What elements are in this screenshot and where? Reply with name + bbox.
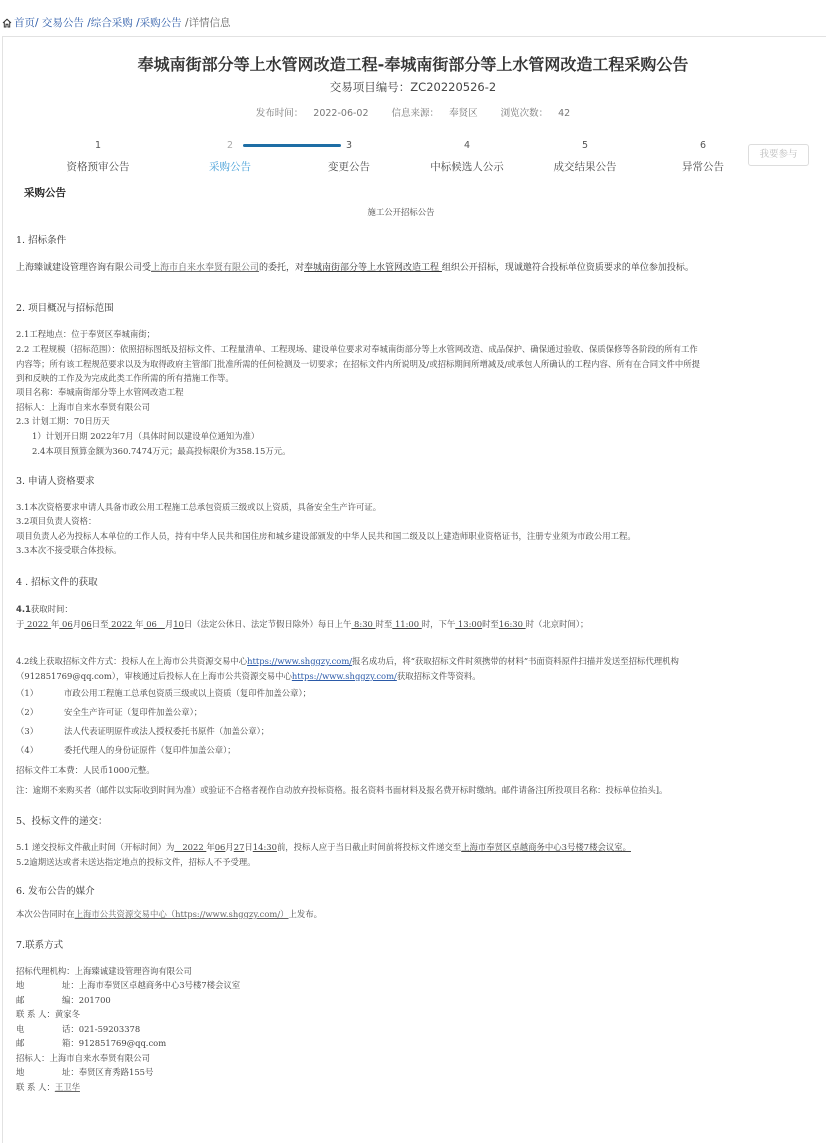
step-label: 采购公告 xyxy=(170,159,290,174)
section-2-line: 2.3 计划工期：70日历天 xyxy=(16,415,110,427)
contact-key: 邮 xyxy=(16,994,62,1006)
deadline-month: 06 xyxy=(215,842,226,852)
section-2-line: 招标人：上海市自来水奉贤有限公司 xyxy=(16,401,150,413)
step-label: 成交结果公告 xyxy=(525,159,645,174)
text: 前，投标人应于当日截止时间前将投标文件递交至 xyxy=(277,842,461,852)
text: 上发布。 xyxy=(289,909,323,919)
text: 日（法定公休日、法定节假日除外）每日上午 xyxy=(184,619,352,629)
contact-value: 址：奉贤区育秀路155号 xyxy=(62,1067,153,1077)
online-acquire-line: 4.2线上获取招标文件方式：投标人在上海市公共资源交易中心https://www… xyxy=(16,655,679,667)
pm-end: 16:30 xyxy=(499,619,526,629)
meta-info: 发布时间：2022-06-02 信息来源：奉贤区 浏览次数：42 xyxy=(0,105,826,119)
text: 的委托，对 xyxy=(259,263,304,273)
info-source-value: 奉贤区 xyxy=(449,108,478,119)
deadline-time: 14:30 xyxy=(253,842,277,852)
text: 时，下午 xyxy=(422,619,456,629)
section-4-heading: 4 . 招标文件的获取 xyxy=(16,574,98,588)
text: 组织公开招标，现诚邀符合投标单位资质要求的单位参加投标。 xyxy=(442,263,694,273)
section-7-heading: 7.联系方式 xyxy=(16,937,63,951)
section-2-line: 2.4本项目预算金额为360.7474万元；最高投标限价为358.15万元。 xyxy=(16,445,290,457)
text: （912851769@qq.com），审核通过后投标人在上海市公共资源交易中心 xyxy=(16,671,292,681)
start-month: 06 xyxy=(59,619,72,629)
end-year: 2022 xyxy=(109,619,136,629)
section-2-line: 到和反映的工作及为完成此类工作所需的所有措施工作等。 xyxy=(16,372,234,384)
section-3-line: 3.1本次资格要求申请人具备市政公用工程施工总承包资质三级或以上资质，具备安全生… xyxy=(16,501,381,513)
contact-row: 联 系 人：黄家冬 xyxy=(16,1008,80,1020)
page-title: 奉城南街部分等上水管网改造工程-奉城南街部分等上水管网改造工程采购公告 xyxy=(0,52,826,75)
step-number: 6 xyxy=(643,139,763,152)
section-2-heading: 2. 项目概况与招标范围 xyxy=(16,300,114,314)
step-number: 5 xyxy=(525,139,645,152)
material-item: （3）法人代表证明原件或法人授权委托书原件（加盖公章）； xyxy=(16,725,269,737)
tenderer-line: 招标人：上海市自来水奉贤有限公司 xyxy=(16,1052,150,1064)
item-number: （1） xyxy=(16,687,64,699)
text: 日至 xyxy=(92,619,109,629)
section-2-line: 2.2 工程规模（招标范围）：依照招标图纸及招标文件、工程量清单、工程现场、建设… xyxy=(16,343,698,355)
breadcrumb-home[interactable]: 首页 xyxy=(14,15,35,30)
contact-key: 联 系 人 xyxy=(16,1009,46,1019)
text: 报名成功后，将“获取招标文件时须携带的材料”书面资料原件扫描并发送至招标代理机构 xyxy=(352,656,679,666)
label: 获取时间： xyxy=(31,604,73,614)
section-2-line: 2.1工程地点：位于奉贤区奉城南街； xyxy=(16,328,155,340)
section-1-heading: 1. 招标条件 xyxy=(16,232,66,246)
deadline-day: 27 xyxy=(234,842,245,852)
breadcrumb-procurement-notice[interactable]: 采购公告 xyxy=(140,15,182,30)
text: 上海臻诚建设管理咨询有限公司受 xyxy=(16,263,151,273)
publish-time-label: 发布时间： xyxy=(256,108,304,119)
item-number: （4） xyxy=(16,744,64,756)
item-text: 市政公用工程施工总承包资质三级或以上资质（复印件加盖公章）； xyxy=(64,688,311,698)
document-fee: 招标文件工本费：人民币1000元整。 xyxy=(16,764,155,776)
text: 获取招标文件等资料。 xyxy=(397,671,481,681)
text: 月 xyxy=(165,619,173,629)
contact-row: 联 系 人：王卫华 xyxy=(16,1081,80,1093)
step-number: 1 xyxy=(38,139,158,152)
contact-row: 地址：上海市奉贤区卓越商务中心3号楼7楼会议室 xyxy=(16,979,240,991)
doc-subtitle: 施工公开招标公告 xyxy=(16,206,786,218)
section-3-line: 3.2项目负责人资格： xyxy=(16,515,96,527)
project-code-value: ZC20220526-2 xyxy=(410,80,496,94)
project-name-link[interactable]: 奉城南街部分等上水管网改造工程 xyxy=(304,263,442,273)
media-line: 本次公告同时在上海市公共资源交易中心（https://www.shggzy.co… xyxy=(16,908,322,920)
process-steps: 1资格预审公告 2采购公告 3变更公告 4中标候选人公示 5成交结果公告 6异常… xyxy=(0,139,826,179)
tenderer-link[interactable]: 上海市自来水奉贤有限公司 xyxy=(151,263,259,273)
section-3-heading: 3. 申请人资格要求 xyxy=(16,473,95,487)
deadline-year: 2022 xyxy=(174,842,206,852)
section-5-heading: 5、投标文件的递交： xyxy=(16,813,108,827)
contact-row: 地址：奉贤区育秀路155号 xyxy=(16,1066,153,1078)
contact-value: 址：上海市奉贤区卓越商务中心3号楼7楼会议室 xyxy=(62,980,240,990)
item-text: 法人代表证明原件或法人授权委托书原件（加盖公章）； xyxy=(64,726,269,736)
start-year: 2022 xyxy=(24,619,51,629)
acquire-time-label: 4.1获取时间： xyxy=(16,603,73,615)
step-number: 4 xyxy=(407,139,527,152)
end-month: 06 xyxy=(144,619,165,629)
text: 日 xyxy=(244,842,252,852)
item-text: 安全生产许可证（复印件加盖公章）； xyxy=(64,707,202,717)
contact-row: 邮编：201700 xyxy=(16,994,111,1006)
publish-time: 发布时间：2022-06-02 xyxy=(251,108,374,119)
text: 时（北京时间）； xyxy=(526,619,589,629)
join-button[interactable]: 我要参与 xyxy=(748,144,809,166)
info-source-label: 信息来源： xyxy=(392,108,440,119)
info-source: 信息来源：奉贤区 xyxy=(387,108,483,119)
section-1-paragraph: 上海臻诚建设管理咨询有限公司受上海市自来水奉贤有限公司的委托，对奉城南街部分等上… xyxy=(16,260,694,273)
project-code: 交易项目编号：ZC20220526-2 xyxy=(0,79,826,95)
section-2-line: 内容等；所有该工程规范要求以及为取得政府主管部门批准所需的任何检测及一切要求；在… xyxy=(16,358,700,370)
contact-value: 编：201700 xyxy=(62,995,111,1005)
acquire-time-line: 于 2022 年 06月06日至 2022 年 06 月10日（法定公休日、法定… xyxy=(16,618,588,630)
contact-value: ：黄家冬 xyxy=(46,1009,80,1019)
section-tag: 采购公告 xyxy=(24,185,66,200)
step-exception-notice[interactable]: 6异常公告 xyxy=(643,139,763,174)
contact-key: 地 xyxy=(16,1066,62,1078)
shggzy-media-link[interactable]: 上海市公共资源交易中心（https://www.shggzy.com/） xyxy=(75,909,289,919)
contact-key: 地 xyxy=(16,979,62,991)
item-text: 委托代理人的身份证原件（复印件加盖公章）； xyxy=(64,745,236,755)
text: 5.1 递交投标文件截止时间（开标时间）为 xyxy=(16,842,174,852)
contact-sep: ： xyxy=(46,1082,54,1092)
shggzy-link[interactable]: https://www.shggzy.com/ xyxy=(292,671,397,681)
text: 时至 xyxy=(376,619,393,629)
start-day: 06 xyxy=(81,619,92,629)
material-item: （2）安全生产许可证（复印件加盖公章）； xyxy=(16,706,202,718)
step-result-notice[interactable]: 5成交结果公告 xyxy=(525,139,645,174)
submission-place: 上海市奉贤区卓越商务中心3号楼7楼会议室。 xyxy=(461,842,631,852)
text: 时至 xyxy=(482,619,499,629)
contact-key: 邮 xyxy=(16,1037,62,1049)
note-line: 注：逾期不来购买者（邮件以实际收到时间为准）或验证不合格者视作自动放弃投标资格。… xyxy=(16,784,667,796)
contact-row: 邮箱：912851769@qq.com xyxy=(16,1037,166,1049)
step-label: 异常公告 xyxy=(643,159,763,174)
view-count-label: 浏览次数： xyxy=(501,108,549,119)
section-3-line: 3.3本次不接受联合体投标。 xyxy=(16,544,121,556)
am-start: 8:30 xyxy=(351,619,375,629)
contact-value: 箱：912851769@qq.com xyxy=(62,1038,166,1048)
section-6-heading: 6. 发布公告的媒介 xyxy=(16,883,95,897)
text: 4.2线上获取招标文件方式：投标人在上海市公共资源交易中心 xyxy=(16,656,247,666)
contact-key: 电 xyxy=(16,1023,62,1035)
label-bold: 4.1 xyxy=(16,604,31,614)
item-number: （2） xyxy=(16,706,64,718)
end-day: 10 xyxy=(173,619,184,629)
material-item: （1）市政公用工程施工总承包资质三级或以上资质（复印件加盖公章）； xyxy=(16,687,311,699)
contact-key: 联 系 人 xyxy=(16,1082,46,1092)
step-label: 变更公告 xyxy=(289,159,409,174)
step-label: 中标候选人公示 xyxy=(407,159,527,174)
text: 年 xyxy=(206,842,214,852)
item-number: （3） xyxy=(16,725,64,737)
text: 年 xyxy=(135,619,143,629)
text: 本次公告同时在 xyxy=(16,909,75,919)
section-2-line: 1）计划开日期 2022年7月（具体时间以建设单位通知为准） xyxy=(16,430,259,442)
text: 月 xyxy=(225,842,233,852)
project-code-label: 交易项目编号： xyxy=(330,80,411,94)
view-count-value: 42 xyxy=(558,108,570,119)
view-count: 浏览次数：42 xyxy=(496,108,576,119)
step-candidate-notice[interactable]: 4中标候选人公示 xyxy=(407,139,527,174)
home-icon[interactable] xyxy=(2,18,12,28)
online-acquire-line: （912851769@qq.com），审核通过后投标人在上海市公共资源交易中心h… xyxy=(16,670,481,682)
step-progress-line xyxy=(243,144,341,147)
section-2-line: 项目名称：奉城南街部分等上水管网改造工程 xyxy=(16,386,184,398)
breadcrumb-general-procurement[interactable]: 综合采购 xyxy=(91,15,133,30)
contact-value: 话：021-59203378 xyxy=(62,1024,140,1034)
step-prequalification[interactable]: 1资格预审公告 xyxy=(38,139,158,174)
pm-start: 13:00 xyxy=(455,619,482,629)
publish-time-value: 2022-06-02 xyxy=(313,108,368,119)
step-label: 资格预审公告 xyxy=(38,159,158,174)
breadcrumb-separator: / xyxy=(35,17,39,29)
section-5-line: 5.2逾期送达或者未送达指定地点的投标文件，招标人不予受理。 xyxy=(16,856,255,868)
am-end: 11:00 xyxy=(392,619,421,629)
agency-line: 招标代理机构：上海臻诚建设管理咨询有限公司 xyxy=(16,965,192,977)
contact-row: 电话：021-59203378 xyxy=(16,1023,140,1035)
submission-deadline-line: 5.1 递交投标文件截止时间（开标时间）为 2022 年06月27日14:30前… xyxy=(16,841,631,853)
text: 月 xyxy=(73,619,81,629)
breadcrumb: 首页/ 交易公告 /综合采购 /采购公告 /详情信息 xyxy=(2,15,231,30)
breadcrumb-current: 详情信息 xyxy=(189,15,231,30)
contact-person-link[interactable]: 王卫华 xyxy=(55,1082,80,1092)
breadcrumb-trade-notice[interactable]: 交易公告 xyxy=(42,15,84,30)
shggzy-link[interactable]: https://www.shggzy.com/ xyxy=(247,656,352,666)
material-item: （4）委托代理人的身份证原件（复印件加盖公章）； xyxy=(16,744,236,756)
section-3-line: 项目负责人必为投标人本单位的工作人员，持有中华人民共和国住房和城乡建设部颁发的中… xyxy=(16,530,636,542)
